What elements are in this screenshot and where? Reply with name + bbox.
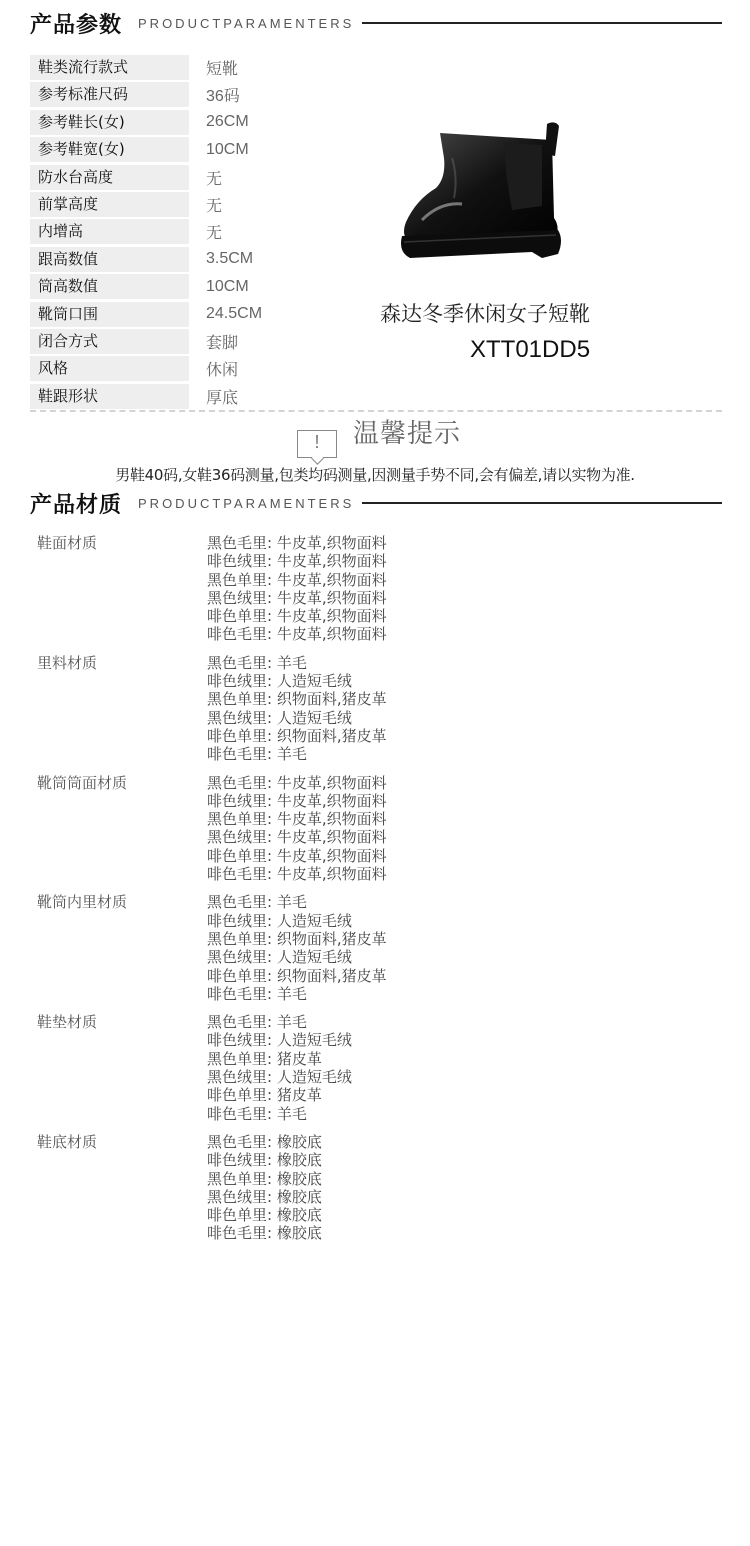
materials-list: 鞋面材质黑色毛里: 牛皮革,织物面料啡色绒里: 牛皮革,织物面料黑色单里: 牛皮…	[37, 534, 717, 1253]
param-label: 防水台高度	[30, 165, 189, 190]
exclamation-speech-bubble-icon: !	[297, 430, 337, 458]
material-line: 黑色单里: 橡胶底	[207, 1170, 322, 1188]
material-lines: 黑色毛里: 牛皮革,织物面料啡色绒里: 牛皮革,织物面料黑色单里: 牛皮革,织物…	[207, 774, 387, 884]
param-value: 短靴	[189, 56, 238, 79]
material-line: 啡色单里: 牛皮革,织物面料	[207, 607, 387, 625]
material-line: 黑色单里: 猪皮革	[207, 1050, 352, 1068]
param-value: 套脚	[189, 330, 238, 353]
material-line: 啡色绒里: 人造短毛绒	[207, 912, 387, 930]
param-label: 闭合方式	[30, 329, 189, 354]
material-line: 黑色单里: 织物面料,猪皮革	[207, 690, 387, 708]
param-label: 跟高数值	[30, 247, 189, 272]
material-line: 黑色绒里: 牛皮革,织物面料	[207, 589, 387, 607]
material-label: 靴筒内里材质	[37, 893, 207, 1003]
material-line: 啡色绒里: 人造短毛绒	[207, 1031, 352, 1049]
material-line: 啡色绒里: 牛皮革,织物面料	[207, 792, 387, 810]
material-group: 鞋底材质黑色毛里: 橡胶底啡色绒里: 橡胶底黑色单里: 橡胶底黑色绒里: 橡胶底…	[37, 1133, 717, 1243]
material-line: 黑色单里: 牛皮革,织物面料	[207, 810, 387, 828]
product-code: XTT01DD5	[470, 336, 590, 364]
material-line: 黑色绒里: 人造短毛绒	[207, 948, 387, 966]
product-image	[392, 118, 570, 273]
material-lines: 黑色毛里: 橡胶底啡色绒里: 橡胶底黑色单里: 橡胶底黑色绒里: 橡胶底啡色单里…	[207, 1133, 322, 1243]
material-group: 里料材质黑色毛里: 羊毛啡色绒里: 人造短毛绒黑色单里: 织物面料,猪皮革黑色绒…	[37, 654, 717, 764]
param-label: 参考鞋宽(女)	[30, 137, 189, 162]
material-line: 啡色绒里: 橡胶底	[207, 1151, 322, 1169]
material-group: 靴筒筒面材质黑色毛里: 牛皮革,织物面料啡色绒里: 牛皮革,织物面料黑色单里: …	[37, 774, 717, 884]
section-header-materials: 产品材质 PRODUCTPARAMENTERS	[30, 488, 722, 518]
param-value: 10CM	[189, 278, 249, 296]
material-label: 鞋面材质	[37, 534, 207, 644]
material-label: 里料材质	[37, 654, 207, 764]
param-label: 参考标准尺码	[30, 82, 189, 107]
param-value: 厚底	[189, 385, 238, 408]
material-line: 啡色毛里: 橡胶底	[207, 1224, 322, 1242]
section-subtitle: PRODUCTPARAMENTERS	[138, 16, 354, 31]
material-line: 黑色毛里: 羊毛	[207, 1013, 352, 1031]
param-row: 参考鞋长(女)26CM	[30, 110, 280, 135]
section-header-params: 产品参数 PRODUCTPARAMENTERS	[30, 8, 722, 38]
dashed-divider	[30, 410, 722, 412]
param-label: 参考鞋长(女)	[30, 110, 189, 135]
material-label: 鞋垫材质	[37, 1013, 207, 1123]
param-label: 鞋跟形状	[30, 384, 189, 409]
param-label: 鞋类流行款式	[30, 55, 189, 80]
param-value: 26CM	[189, 113, 249, 131]
param-label: 筒高数值	[30, 274, 189, 299]
material-line: 黑色单里: 织物面料,猪皮革	[207, 930, 387, 948]
param-row: 鞋跟形状厚底	[30, 384, 280, 409]
black-chelsea-boot-icon	[392, 118, 570, 273]
notice-title: 温馨提示	[353, 413, 461, 450]
param-label: 风格	[30, 356, 189, 381]
material-line: 黑色毛里: 牛皮革,织物面料	[207, 534, 387, 552]
material-line: 啡色毛里: 羊毛	[207, 985, 387, 1003]
param-value: 无	[189, 193, 222, 216]
material-line: 啡色毛里: 牛皮革,织物面料	[207, 865, 387, 883]
material-line: 啡色毛里: 羊毛	[207, 745, 387, 763]
material-line: 啡色单里: 织物面料,猪皮革	[207, 727, 387, 745]
param-row: 前掌高度无	[30, 192, 280, 217]
material-label: 鞋底材质	[37, 1133, 207, 1243]
material-line: 啡色绒里: 人造短毛绒	[207, 672, 387, 690]
material-line: 黑色绒里: 牛皮革,织物面料	[207, 828, 387, 846]
material-group: 鞋垫材质黑色毛里: 羊毛啡色绒里: 人造短毛绒黑色单里: 猪皮革黑色绒里: 人造…	[37, 1013, 717, 1123]
param-row: 防水台高度无	[30, 165, 280, 190]
param-row: 跟高数值3.5CM	[30, 247, 280, 272]
material-line: 啡色单里: 猪皮革	[207, 1086, 352, 1104]
param-row: 鞋类流行款式短靴	[30, 55, 280, 80]
material-group: 鞋面材质黑色毛里: 牛皮革,织物面料啡色绒里: 牛皮革,织物面料黑色单里: 牛皮…	[37, 534, 717, 644]
header-rule	[362, 502, 722, 504]
material-lines: 黑色毛里: 牛皮革,织物面料啡色绒里: 牛皮革,织物面料黑色单里: 牛皮革,织物…	[207, 534, 387, 644]
material-line: 黑色毛里: 羊毛	[207, 893, 387, 911]
param-value: 36码	[189, 83, 240, 106]
material-line: 啡色绒里: 牛皮革,织物面料	[207, 552, 387, 570]
section-title: 产品参数	[30, 8, 122, 39]
material-lines: 黑色毛里: 羊毛啡色绒里: 人造短毛绒黑色单里: 织物面料,猪皮革黑色绒里: 人…	[207, 654, 387, 764]
param-row: 筒高数值10CM	[30, 274, 280, 299]
material-line: 黑色单里: 牛皮革,织物面料	[207, 571, 387, 589]
param-row: 参考标准尺码36码	[30, 82, 280, 107]
material-line: 啡色毛里: 牛皮革,织物面料	[207, 625, 387, 643]
params-table: 鞋类流行款式短靴参考标准尺码36码参考鞋长(女)26CM参考鞋宽(女)10CM防…	[30, 55, 280, 411]
material-line: 黑色绒里: 橡胶底	[207, 1188, 322, 1206]
material-line: 黑色绒里: 人造短毛绒	[207, 1068, 352, 1086]
param-row: 闭合方式套脚	[30, 329, 280, 354]
param-row: 风格休闲	[30, 356, 280, 381]
material-line: 黑色毛里: 羊毛	[207, 654, 387, 672]
material-line: 啡色毛里: 羊毛	[207, 1105, 352, 1123]
material-line: 啡色单里: 橡胶底	[207, 1206, 322, 1224]
param-label: 内增高	[30, 219, 189, 244]
notice-text: 男鞋40码,女鞋36码测量,包类均码测量,因测量手势不同,会有偏差,请以实物为准…	[0, 464, 750, 485]
param-value: 24.5CM	[189, 305, 262, 323]
material-lines: 黑色毛里: 羊毛啡色绒里: 人造短毛绒黑色单里: 猪皮革黑色绒里: 人造短毛绒啡…	[207, 1013, 352, 1123]
param-label: 前掌高度	[30, 192, 189, 217]
param-value: 10CM	[189, 141, 249, 159]
material-group: 靴筒内里材质黑色毛里: 羊毛啡色绒里: 人造短毛绒黑色单里: 织物面料,猪皮革黑…	[37, 893, 717, 1003]
material-line: 黑色毛里: 牛皮革,织物面料	[207, 774, 387, 792]
param-label: 靴筒口围	[30, 302, 189, 327]
param-row: 内增高无	[30, 219, 280, 244]
param-value: 3.5CM	[189, 250, 253, 268]
section-subtitle: PRODUCTPARAMENTERS	[138, 496, 354, 511]
param-value: 无	[189, 166, 222, 189]
material-lines: 黑色毛里: 羊毛啡色绒里: 人造短毛绒黑色单里: 织物面料,猪皮革黑色绒里: 人…	[207, 893, 387, 1003]
header-rule	[362, 22, 722, 24]
param-row: 靴筒口围24.5CM	[30, 302, 280, 327]
param-value: 休闲	[189, 357, 238, 380]
material-line: 黑色毛里: 橡胶底	[207, 1133, 322, 1151]
param-value: 无	[189, 220, 222, 243]
material-line: 啡色单里: 织物面料,猪皮革	[207, 967, 387, 985]
product-name: 森达冬季休闲女子短靴	[380, 298, 590, 328]
material-line: 啡色单里: 牛皮革,织物面料	[207, 847, 387, 865]
exclamation-icon: !	[298, 432, 336, 453]
section-title: 产品材质	[30, 488, 122, 519]
param-row: 参考鞋宽(女)10CM	[30, 137, 280, 162]
material-label: 靴筒筒面材质	[37, 774, 207, 884]
material-line: 黑色绒里: 人造短毛绒	[207, 709, 387, 727]
